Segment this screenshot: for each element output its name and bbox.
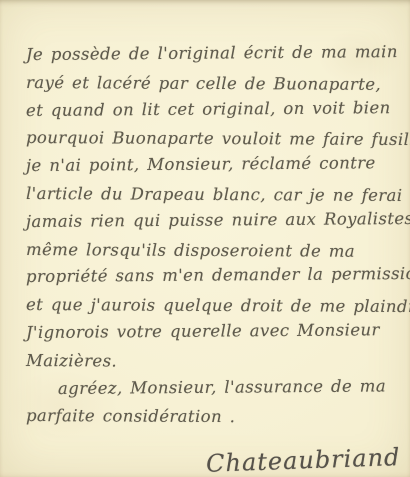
letter-line: je n'ai point, Monsieur, réclamé contre xyxy=(26,149,402,180)
signature: Chateaubriand xyxy=(205,443,400,477)
letter-line: Je possède de l'original écrit de ma mai… xyxy=(26,38,402,69)
letter-body: Je possède de l'original écrit de ma mai… xyxy=(26,41,402,430)
letter-photo: Je possède de l'original écrit de ma mai… xyxy=(0,0,410,477)
letter-line: jamais rien qui puisse nuire aux Royalis… xyxy=(26,205,402,236)
letter-line: J'ignorois votre querelle avec Monsieur xyxy=(26,316,402,347)
letter-line: propriété sans m'en demander la permissi… xyxy=(26,260,402,291)
letter-line: et quand on lit cet original, on voit bi… xyxy=(26,94,402,125)
letter-closing-line: parfaite considération . xyxy=(26,402,402,432)
letter-closing-line: agréez, Monsieur, l'assurance de ma xyxy=(58,372,402,402)
